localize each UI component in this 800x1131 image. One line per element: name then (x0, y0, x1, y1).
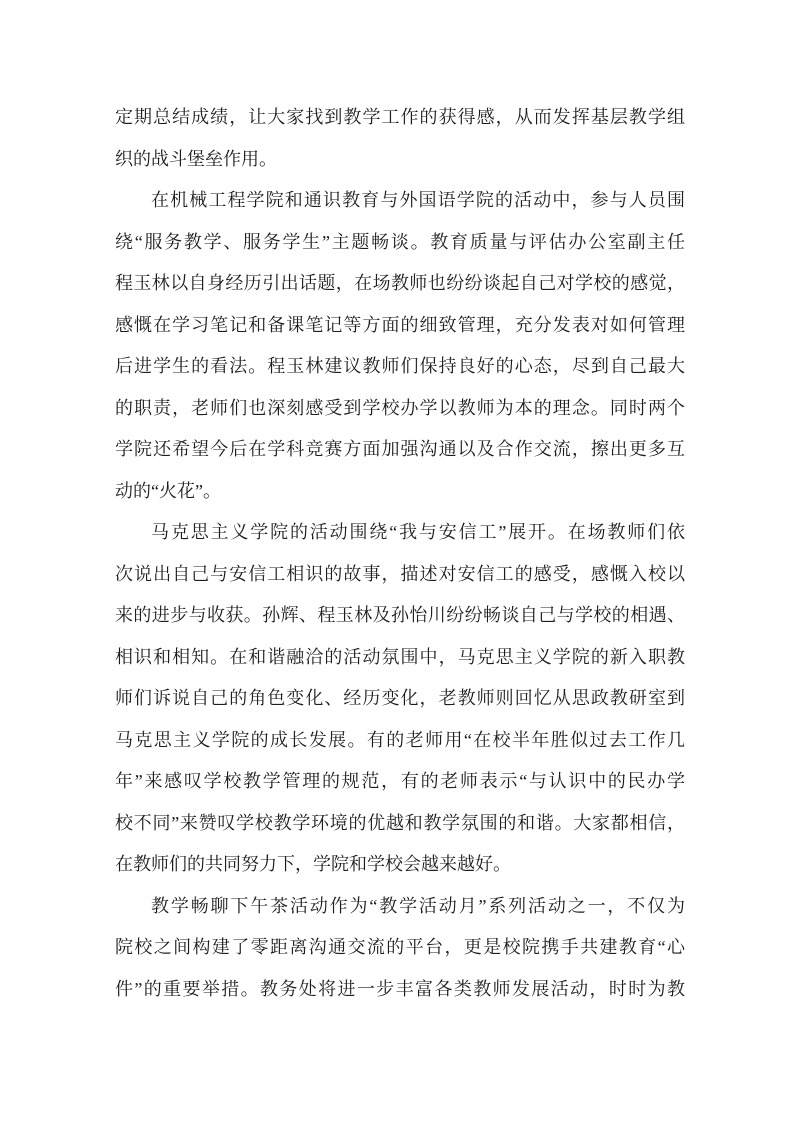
text-line: 织的战斗堡垒作用。 (115, 139, 685, 181)
text-line: 动的“火花”。 (115, 471, 685, 513)
text-line: 相识和相知。在和谐融洽的活动氛围中，马克思主义学院的新入职教 (115, 637, 685, 679)
text-line: 教学畅聊下午茶活动作为“教学活动月”系列活动之一，不仅为 (115, 886, 685, 928)
text-line: 程玉林以自身经历引出话题，在场教师也纷纷谈起自己对学校的感觉， (115, 263, 685, 305)
text-line: 院校之间构建了零距离沟通交流的平台，更是校院携手共建教育“心 (115, 927, 685, 969)
text-line: 后进学生的看法。程玉林建议教师们保持良好的心态，尽到自己最大 (115, 346, 685, 388)
text-line: 马克思主义学院的成长发展。有的老师用“在校半年胜似过去工作几 (115, 720, 685, 762)
text-line: 次说出自己与安信工相识的故事，描述对安信工的感受，感慨入校以 (115, 554, 685, 596)
text-line: 学院还希望今后在学科竞赛方面加强沟通以及合作交流，擦出更多互 (115, 429, 685, 471)
text-line: 年”来感叹学校教学管理的规范，有的老师表示“与认识中的民办学 (115, 761, 685, 803)
text-line: 马克思主义学院的活动围绕“我与安信工”展开。在场教师们依 (115, 512, 685, 554)
text-line: 师们诉说自己的角色变化、经历变化，老教师则回忆从思政教研室到 (115, 678, 685, 720)
text-line: 校不同”来赞叹学校教学环境的优越和教学氛围的和谐。大家都相信， (115, 803, 685, 845)
text-line: 来的进步与收获。孙辉、程玉林及孙怡川纷纷畅谈自己与学校的相遇、 (115, 595, 685, 637)
page-body-text: 定期总结成绩，让大家找到教学工作的获得感，从而发挥基层教学组 织的战斗堡垒作用。… (115, 97, 685, 1010)
text-line: 在机械工程学院和通识教育与外国语学院的活动中，参与人员围 (115, 180, 685, 222)
text-line: 感慨在学习笔记和备课笔记等方面的细致管理，充分发表对如何管理 (115, 305, 685, 347)
document-page: 定期总结成绩，让大家找到教学工作的获得感，从而发挥基层教学组 织的战斗堡垒作用。… (0, 0, 800, 1131)
text-line: 定期总结成绩，让大家找到教学工作的获得感，从而发挥基层教学组 (115, 97, 685, 139)
text-line: 的职责，老师们也深刻感受到学校办学以教师为本的理念。同时两个 (115, 388, 685, 430)
text-line: 在教师们的共同努力下，学院和学校会越来越好。 (115, 844, 685, 886)
text-line: 绕“服务教学、服务学生”主题畅谈。教育质量与评估办公室副主任 (115, 222, 685, 264)
text-line: 件”的重要举措。教务处将进一步丰富各类教师发展活动，时时为教 (115, 969, 685, 1011)
